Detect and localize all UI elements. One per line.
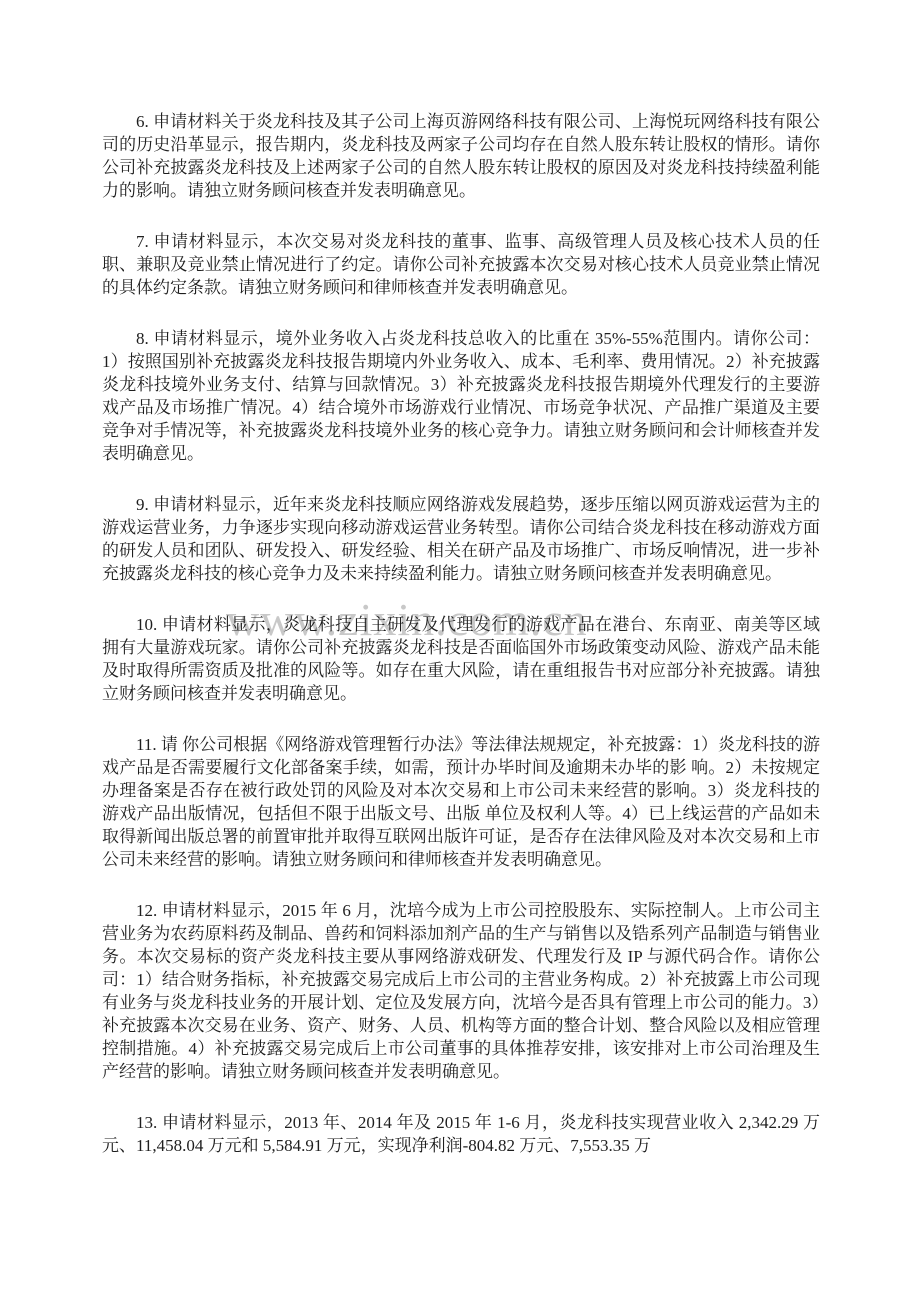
inquiry-item-6: 6. 申请材料关于炎龙科技及其子公司上海页游网络科技有限公司、上海悦玩网络科技有… (102, 110, 820, 202)
document-page: www.zixin.com.cn 6. 申请材料关于炎龙科技及其子公司上海页游网… (0, 0, 920, 1302)
inquiry-item-9: 9. 申请材料显示，近年来炎龙科技顺应网络游戏发展趋势，逐步压缩以网页游戏运营为… (102, 493, 820, 585)
inquiry-item-7: 7. 申请材料显示，本次交易对炎龙科技的董事、监事、高级管理人员及核心技术人员的… (102, 230, 820, 299)
inquiry-item-11: 11. 请 你公司根据《网络游戏管理暂行办法》等法律法规规定，补充披露：1）炎龙… (102, 733, 820, 871)
inquiry-item-8: 8. 申请材料显示，境外业务收入占炎龙科技总收入的比重在 35%-55%范围内。… (102, 327, 820, 465)
inquiry-item-13: 13. 申请材料显示，2013 年、2014 年及 2015 年 1-6 月，炎… (102, 1111, 820, 1157)
document-body: 6. 申请材料关于炎龙科技及其子公司上海页游网络科技有限公司、上海悦玩网络科技有… (102, 110, 820, 1157)
inquiry-item-10: 10. 申请材料显示，炎龙科技自主研发及代理发行的游戏产品在港台、东南亚、南美等… (102, 613, 820, 705)
inquiry-item-12: 12. 申请材料显示，2015 年 6 月，沈培今成为上市公司控股股东、实际控制… (102, 899, 820, 1083)
